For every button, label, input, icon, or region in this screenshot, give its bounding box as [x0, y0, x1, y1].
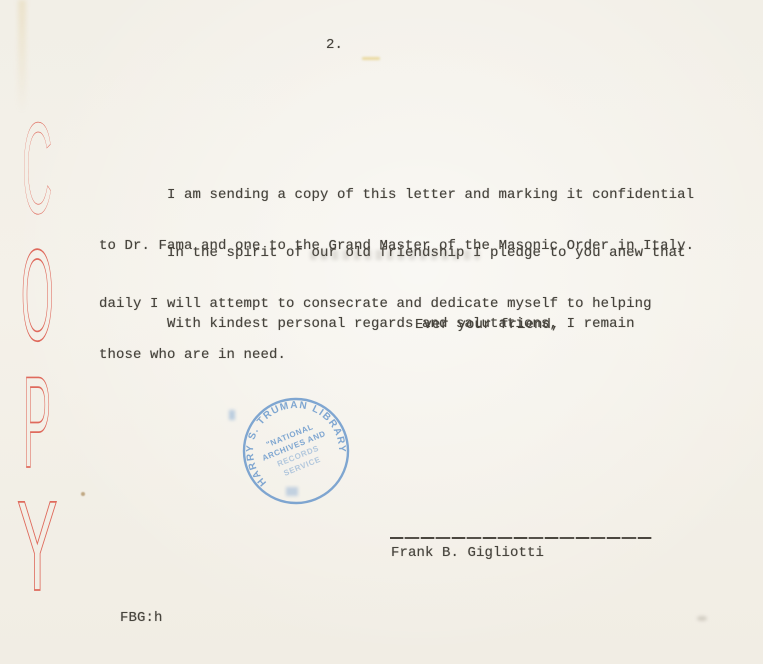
- closing-line: Ever your friend,: [415, 317, 560, 334]
- copy-letter-o: O: [21, 223, 54, 368]
- paper-speck: [697, 616, 707, 621]
- paper-speck: [362, 57, 380, 60]
- erased-text-smudge: [310, 250, 480, 260]
- page-number: 2.: [326, 37, 343, 54]
- signature-line: [390, 537, 652, 539]
- copy-letter-c: C: [22, 100, 52, 241]
- stamp-ink-smear: [229, 410, 235, 420]
- typist-initials: FBG:h: [120, 610, 163, 627]
- signature-name: Frank B. Gigliotti: [391, 545, 544, 562]
- archive-stamp: HARRY S. TRUMAN LIBRARY "NATIONAL ARCHIV…: [226, 381, 366, 521]
- paper-aging-streak: [18, 0, 26, 112]
- stamp-ink-smear: [286, 487, 298, 496]
- body-line: With kindest personal regards and saluta…: [99, 316, 729, 333]
- copy-stamp: C O P Y: [8, 100, 88, 620]
- letter-page: C O P Y 2. I am sending a copy of this l…: [0, 0, 763, 664]
- body-line: I am sending a copy of this letter and m…: [99, 187, 729, 204]
- copy-letter-p: P: [23, 350, 51, 495]
- paragraph: With kindest personal regards and saluta…: [99, 282, 729, 367]
- copy-letter-y: Y: [17, 475, 58, 618]
